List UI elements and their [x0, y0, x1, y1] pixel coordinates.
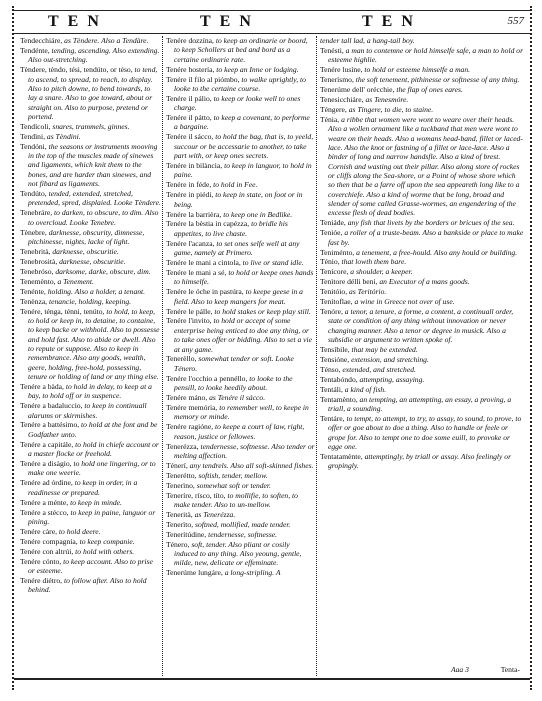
entry-headword: Ténerí, [166, 461, 188, 470]
dictionary-entry: Tensíbile, that may be extended. [320, 345, 524, 354]
entry-definition: that lowth them bare. [342, 257, 407, 266]
dictionary-entry: Tenióe, a roller of a truste-beam. Also … [320, 228, 524, 247]
entry-definition: darknesse, obscuritie. [59, 257, 125, 266]
entry-headword: Tensíbile, [320, 345, 350, 354]
entry-headword: Tenére a stécco, [20, 508, 69, 517]
entry-headword: Tendìni, [20, 132, 45, 141]
dictionary-entry: Tenére la bèstia in capézza, to bridle h… [166, 219, 315, 238]
entry-headword: Tenére la barrièra, [166, 210, 221, 219]
dictionary-entry: Tenére máno, as Tenére il sácco. [166, 393, 315, 402]
dictionary-entry: Tenerèllo, somewhat tender or soft. Look… [166, 354, 315, 373]
entry-definition: as Tenerézza. [195, 510, 236, 519]
entry-headword: Tenére le pálle, [166, 307, 212, 316]
dictionary-entry: Tentamènto, an tempting, an attempting, … [320, 395, 524, 414]
entry-headword: Tenére, ténga, ténni, tenúto, [20, 307, 104, 316]
entry-headword: Tenerézza, [166, 442, 199, 451]
column-divider [162, 36, 163, 676]
dictionary-entry: Tenére le pálle, to hold stakes or keep … [166, 307, 315, 316]
entry-definition: extended, and stretched. [342, 365, 416, 374]
page-number: 557 [508, 15, 525, 27]
dictionary-entry: Tenére memória, to remember well, to kee… [166, 403, 315, 422]
entry-headword: Tenesicchiáre, [320, 95, 364, 104]
entry-headword: Téngere, [320, 105, 347, 114]
entry-headword: Ténia, [320, 115, 339, 124]
entry-definition: darksome, darke, obscure, dim. [55, 267, 150, 276]
dictionary-entry: Ténso, extended, and stretched. [320, 365, 524, 374]
entry-definition: tenancie, holding, keeping. [49, 297, 131, 306]
entry-definition: softned, mollified, made tender. [195, 520, 290, 529]
entry-headword: Tenebráre, [20, 208, 52, 217]
signature-mark: Aaa 3 [451, 665, 469, 674]
dictionary-entry: Tenítoflae, a wine in Greece not over of… [320, 297, 524, 306]
entry-headword: Tèndere, tèndo, tési, tendúto, or téso, [20, 65, 133, 74]
dictionary-entry: Ténerí, any tendrels. Also all soft-skin… [166, 461, 315, 470]
entry-headword: Tentáre, [320, 414, 345, 423]
dictionary-entry: Ténero, soft, tender. Also pliant or cos… [166, 540, 315, 568]
column-right: tender tall lad, a hang-tail boy.Tenésti… [320, 36, 524, 471]
dictionary-entry: Téngere, as Tíngere, to die, to staine. [320, 105, 524, 114]
dictionary-entry: Tendìni, as Tèndini. [20, 132, 161, 141]
entry-headword: Tenènza, [20, 297, 47, 306]
entry-definition: tendernesse, softnesse. [208, 530, 277, 539]
dictionary-entry: Tenerúme lungáre, a long-stripling. A [166, 568, 315, 577]
dictionary-entry: Tentatamènte, attemptingly, by triall or… [320, 452, 524, 471]
dictionary-entry: Tenére ragióne, to keepe a court of law,… [166, 422, 315, 441]
entry-headword: Tenerèllo, [166, 354, 196, 363]
entry-definition: to hold deere. [59, 527, 101, 536]
entry-headword: Tenére con altrúi, [20, 547, 73, 556]
column-left: Tendecchiáre, as Tèndere. Also a Tendàre… [20, 36, 161, 595]
entry-definition: any tendrels. Also all soft-skinned fish… [190, 461, 314, 470]
entry-headword: Tenerìno, [166, 481, 195, 490]
dictionary-entry: Tentáli, a kind of fish. [320, 385, 524, 394]
dictionary-entry: Tenére cónto, to keep account. Also to p… [20, 557, 161, 576]
entry-headword: Teniáde, [320, 218, 346, 227]
entry-headword: Tenére il pálio, [166, 94, 212, 103]
entry-definition: to keep companie. [80, 537, 135, 546]
dictionary-entry: Tenére l'acanza, to set ones selfe well … [166, 239, 315, 258]
entry-definition: the soft tenement, pithinesse or softnes… [356, 75, 520, 84]
entry-definition: to keep an Inne or lodging. [216, 65, 298, 74]
dictionary-entry: Tenére le mani a cintola, to live or sta… [166, 258, 315, 267]
entry-headword: Tenóre, [320, 307, 343, 316]
entry-headword: Tensióne, [320, 355, 349, 364]
entry-definition: as Tenére il sácco. [209, 393, 265, 402]
dictionary-entry: Tenére, ténga, ténni, tenúto, to hold, t… [20, 307, 161, 382]
dictionary-entry: Tendúto, tended, extended, stretched, pr… [20, 189, 161, 208]
dictionary-entry: Tenére lusíne, to hold or esteeme himsel… [320, 65, 524, 74]
entry-headword: Tenítoflae, [320, 297, 353, 306]
entry-headword: Tenére diétro, [20, 576, 62, 585]
dictionary-entry: Teniménto, a tenement, a free-hould. Als… [320, 248, 524, 257]
entry-definition: a tenement, a free-hould. Also any hould… [356, 248, 517, 257]
dictionary-entry: Tenére il pátto, to keep a covenant, to … [166, 113, 315, 132]
entry-definition: a wine in Greece not over of use. [354, 297, 454, 306]
entry-headword: Tenére a badaluccio, [20, 401, 83, 410]
entry-definition: holding. Also a holder, a tenant. [48, 287, 145, 296]
dictionary-entry: Tenére hostería, to keep an Inne or lodg… [166, 65, 315, 74]
entry-definition: as Tenesmóre. [365, 95, 408, 104]
entry-headword: Tenére a ménte, [20, 498, 68, 507]
entry-headword: Ténio, [320, 257, 340, 266]
entry-headword: Tenitóio, [320, 287, 347, 296]
dictionary-entry: Tenére l'invito, to hold or accept of so… [166, 316, 315, 353]
dictionary-entry: Tenére a stécco, to keep in paine, langu… [20, 508, 161, 527]
dictionary-entry: Tenére in piédi, to keep in state, on fo… [166, 190, 315, 209]
entry-headword: Tendénte, [20, 46, 50, 55]
entry-definition: the seasons or instruments mooving in th… [28, 142, 157, 188]
entry-headword: Tenére ad órdine, [20, 478, 73, 487]
entry-headword: Tenerétto, [166, 471, 196, 480]
dictionary-entry: Tenére il pálio, to keep or looke well t… [166, 94, 315, 113]
entry-definition: an Executor of a mans goods. [379, 277, 469, 286]
running-headword-right: TEN [362, 13, 422, 31]
entry-definition: somewhat soft or tender. [197, 481, 271, 490]
entry-headword: Tenére le mani a sé, [166, 268, 226, 277]
dictionary-entry: Tenére a ménte, to keep in minde. [20, 498, 161, 507]
dictionary-entry: Tenésti, a man to contemne or hold himse… [320, 46, 524, 65]
entry-headword: Tenére càre, [20, 527, 57, 536]
dictionary-entry: Tenére dozzína, to keep an ordinarie or … [166, 36, 315, 64]
entry-headword: Tentabóndo, [320, 375, 358, 384]
entry-headword: Tenére l'occhio a pennéllo, [166, 374, 247, 383]
entry-definition: a kind of fish. [345, 385, 386, 394]
entry-headword: Tenére memória, [166, 403, 217, 412]
dictionary-entry: Tendícoli, snares, trammels, ginnes. [20, 122, 161, 131]
dictionary-entry: Tenére in bilància, to keep in languor, … [166, 161, 315, 180]
entry-headword: Tentatamènte, [320, 452, 363, 461]
dictionary-entry: Tentáre, to tempt, to attempt, to try, t… [320, 414, 524, 451]
entry-definition: to keep in minde. [70, 498, 122, 507]
dictionary-entry: Tentabóndo, attempting, assaying. [320, 375, 524, 384]
dictionary-entry: Tenerìto, softned, mollified, made tende… [166, 520, 315, 529]
dictionary-entry: Tenére il filo al piómbo, to walke uprig… [166, 75, 315, 94]
entry-headword: Ténso, [320, 365, 340, 374]
entry-headword: Tenerúme dell' orécchie, [320, 85, 394, 94]
entry-headword: Tendúto, [20, 189, 47, 198]
entry-headword: Tènebre, [20, 228, 47, 237]
dictionary-entry: Tenére l'occhio a pennéllo, to looke to … [166, 374, 315, 393]
entry-headword: Teniménto, [320, 248, 354, 257]
entry-headword: Tenebrità, [20, 247, 50, 256]
entry-headword: Tenére máno, [166, 393, 207, 402]
entry-headword: Tenebróso, [20, 267, 53, 276]
entry-headword: Tenére a bàda, [20, 382, 64, 391]
dictionary-entry: Tenerìno, somewhat soft or tender. [166, 481, 315, 490]
column-middle: Tenére dozzína, to keep an ordinarie or … [166, 36, 315, 578]
entry-definition: to keep one in Bedlike. [223, 210, 292, 219]
entry-headword: Tenére hostería, [166, 65, 214, 74]
dictionary-entry: Tenére càre, to hold deere. [20, 527, 161, 536]
entry-headword: Tenére le óche in pastúra, [166, 287, 244, 296]
dictionary-entry: Tenére la barrièra, to keep one in Bedli… [166, 210, 315, 219]
entry-headword: Tenìtore délli beni, [320, 277, 377, 286]
entry-headword: Tenióe, [320, 228, 342, 237]
entry-definition: darknesse, obscuritie. [52, 247, 118, 256]
entry-headword: Tenére la bèstia in capézza, [166, 219, 249, 228]
entry-headword: Tenére il pátto, [166, 113, 212, 122]
entry-headword: Tenénte, [20, 287, 46, 296]
dictionary-entry: Tenére compagnía, to keep companie. [20, 537, 161, 546]
entry-definition: as Teritório. [349, 287, 386, 296]
entry-headword: Tenére compagnía, [20, 537, 78, 546]
dictionary-entry: Ténia, a ribbe that women were wont to w… [320, 115, 524, 218]
entry-definition: to hold, to keep, to hold or keep in, to… [28, 307, 159, 381]
dictionary-entry: Tenerétto, softish, tender, mellow. [166, 471, 315, 480]
entry-headword: Tenére lusíne, [320, 65, 362, 74]
entry-definition: to hold in Fee. [213, 180, 257, 189]
entry-definition: tended, extended, stretched, pretended, … [28, 189, 161, 207]
entry-headword: Tenére l'invito, [166, 316, 212, 325]
dictionary-entry: Tenére il sácco, to hold the bag, that i… [166, 132, 315, 160]
dictionary-entry: Tendecchiáre, as Tèndere. Also a Tendàre… [20, 36, 161, 45]
entry-headword: Tenésti, [320, 46, 344, 55]
entry-definition: that may be extended. [352, 345, 418, 354]
entry-headword: Tenerúme lungáre, [166, 568, 223, 577]
dictionary-entry: Tenemènto, a Tenement. [20, 277, 161, 286]
entry-headword: Tenerità, [166, 510, 193, 519]
entry-headword: Tenére cónto, [20, 557, 61, 566]
entry-definition: attempting, assaying. [360, 375, 425, 384]
dictionary-entry: Tenebrità, darknesse, obscuritie. [20, 247, 161, 256]
entry-definition: snares, trammels, ginnes. [52, 122, 129, 131]
entry-definition: extension, and stretching. [351, 355, 429, 364]
entry-headword: Tenére l'acanza, [166, 239, 214, 248]
dictionary-entry: Ténio, that lowth them bare. [320, 257, 524, 266]
entry-definition: to live or stand idle. [243, 258, 304, 267]
column-divider [316, 36, 317, 676]
dictionary-entry: Tensióne, extension, and stretching. [320, 355, 524, 364]
entry-definition: a ribbe that women were wont to weare ov… [328, 115, 523, 217]
entry-headword: Tenemènto, [20, 277, 56, 286]
dictionary-entry: Tenerézza, tendernesse, softnesse. Also … [166, 442, 315, 461]
dictionary-entry: Tenére le óche in pastúra, to keepe gees… [166, 287, 315, 306]
dictionary-entry: Tenitóio, as Teritório. [320, 287, 524, 296]
entry-headword: Tendícoli, [20, 122, 50, 131]
entry-definition: to tempt, to attempt, to try, to assay, … [328, 414, 521, 451]
dictionary-entry: Tenícore, a shoulder, a keeper. [320, 267, 524, 276]
entry-definition: a tenor, a tenure, a forme, a content, a… [328, 307, 513, 344]
entry-headword: Tenebrosità, [20, 257, 57, 266]
dictionary-entry: Tenerúme dell' orécchie, the flap of one… [320, 85, 524, 94]
entry-definition: soft, tender. Also pliant or cosily indu… [174, 540, 301, 568]
entry-headword: Tentamènto, [320, 395, 358, 404]
page-footer: Aaa 3 Tenta- [451, 665, 520, 674]
entry-headword: Tenére il filo al piómbo, [166, 75, 240, 84]
entry-definition: to hold with others. [75, 547, 134, 556]
entry-definition: a shoulder, a keeper. [350, 267, 412, 276]
entry-definition: as Tíngere, to die, to staine. [349, 105, 434, 114]
entry-definition: to hold or esteeme himselfe a man. [364, 65, 470, 74]
entry-headword: Tendecchiáre, [20, 36, 62, 45]
entry-definition: any fish that livets by the borders or b… [348, 218, 515, 227]
dictionary-entry: Tenére a disàgio, to hold one lingering,… [20, 459, 161, 478]
dictionary-entry: Tenére a bàda, to hold in delay, to keep… [20, 382, 161, 401]
entry-headword: Tenére in féde, [166, 180, 211, 189]
entry-headword: Tenerìto, [166, 520, 193, 529]
dictionary-entry: Tenére con altrúi, to hold with others. [20, 547, 161, 556]
dictionary-entry: Tenére le mani a sé, to hold or keepe on… [166, 268, 315, 287]
dictionary-entry: Tenènza, tenancie, holding, keeping. [20, 297, 161, 306]
entry-headword: Tenére in bilància, [166, 161, 222, 170]
dictionary-entry: Tenerítúdine, tendernesse, softnesse. [166, 530, 315, 539]
entry-headword: Tenére le mani a cintola, [166, 258, 241, 267]
dictionary-entry: Tenére in féde, to hold in Fee. [166, 180, 315, 189]
dictionary-entry: Tèndere, tèndo, tési, tendúto, or téso, … [20, 65, 161, 121]
entry-definition: to hold stakes or keep play still. [214, 307, 310, 316]
entry-headword: Teneríre, rísco, títo, [166, 491, 226, 500]
entry-headword: Tentáli, [320, 385, 343, 394]
dictionary-entry: Tenére ad órdine, to keep in order, in a… [20, 478, 161, 497]
dictionary-entry: Tenére a battésimo, to hold at the font … [20, 420, 161, 439]
entry-definition: tender tall lad, a hang-tail boy. [320, 36, 415, 45]
entry-headword: Tenére ragióne, [166, 422, 213, 431]
dictionary-page: TEN TEN TEN 557 Tendecchiáre, as Tèndere… [12, 6, 532, 690]
entry-headword: Tenerísmo, [320, 75, 354, 84]
dictionary-entry: Tenóre, a tenor, a tenure, a forme, a co… [320, 307, 524, 344]
entry-headword: Tenére dozzína, [166, 36, 214, 45]
entry-headword: Tendóni, [20, 142, 47, 151]
entry-definition: a Tenement. [57, 277, 93, 286]
entry-definition: a roller of a truste-beam. Also a banksi… [328, 228, 523, 246]
entry-headword: Tenerítúdine, [166, 530, 206, 539]
dictionary-entry: Teneríre, rísco, títo, to mollifie, to s… [166, 491, 315, 510]
entry-headword: Tenére in piédi, [166, 190, 213, 199]
dictionary-entry: Tenerità, as Tenerézza. [166, 510, 315, 519]
entry-headword: Tenére il sácco, [166, 132, 213, 141]
dictionary-entry: Tenebrosità, darknesse, obscuritie. [20, 257, 161, 266]
dictionary-entry: Tenebráre, to darken, to obscure, to dim… [20, 208, 161, 227]
running-headword-left: TEN [48, 13, 108, 31]
entry-definition: a man to contemne or hold himselfe safe,… [328, 46, 523, 64]
dictionary-entry: Tendénte, tending, ascending. Also exten… [20, 46, 161, 65]
entry-definition: as Tèndini. [47, 132, 81, 141]
dictionary-entry: Tendóni, the seasons or instruments moov… [20, 142, 161, 189]
entry-definition: a long-stripling. A [225, 568, 281, 577]
dictionary-entry: Tenére a badaluccio, to keep in continua… [20, 401, 161, 420]
entry-definition: softish, tender, mellow. [198, 471, 267, 480]
dictionary-entry: Tenerísmo, the soft tenement, pithinesse… [320, 75, 524, 84]
running-headword-center: TEN [200, 13, 260, 31]
dictionary-entry: tender tall lad, a hang-tail boy. [320, 36, 524, 45]
dictionary-entry: Tènebre, darknesse, obscurity, dimnesse,… [20, 228, 161, 247]
running-header: TEN TEN TEN 557 [14, 10, 530, 34]
entry-definition: the flap of ones eares. [396, 85, 463, 94]
entry-headword: Tenére a capitále, [20, 440, 73, 449]
dictionary-entry: Tenebróso, darksome, darke, obscure, dim… [20, 267, 161, 276]
dictionary-entry: Tenére a capitále, to hold in chiefe acc… [20, 440, 161, 459]
dictionary-entry: Tenénte, holding. Also a holder, a tenan… [20, 287, 161, 296]
entry-headword: Tenícore, [320, 267, 348, 276]
entry-headword: Ténero, [166, 540, 189, 549]
entry-definition: as Tèndere. Also a Tendàre. [64, 36, 148, 45]
entry-headword: Tenére a disàgio, [20, 459, 72, 468]
dictionary-entry: Tenére diétro, to follow after. Also to … [20, 576, 161, 595]
catchword: Tenta- [501, 665, 520, 674]
dictionary-entry: Teniáde, any fish that livets by the bor… [320, 218, 524, 227]
entry-headword: Tenére a battésimo, [20, 420, 79, 429]
dictionary-entry: Tenesicchiáre, as Tenesmóre. [320, 95, 524, 104]
dictionary-entry: Tenìtore délli beni, an Executor of a ma… [320, 277, 524, 286]
bottom-rule [14, 678, 530, 680]
